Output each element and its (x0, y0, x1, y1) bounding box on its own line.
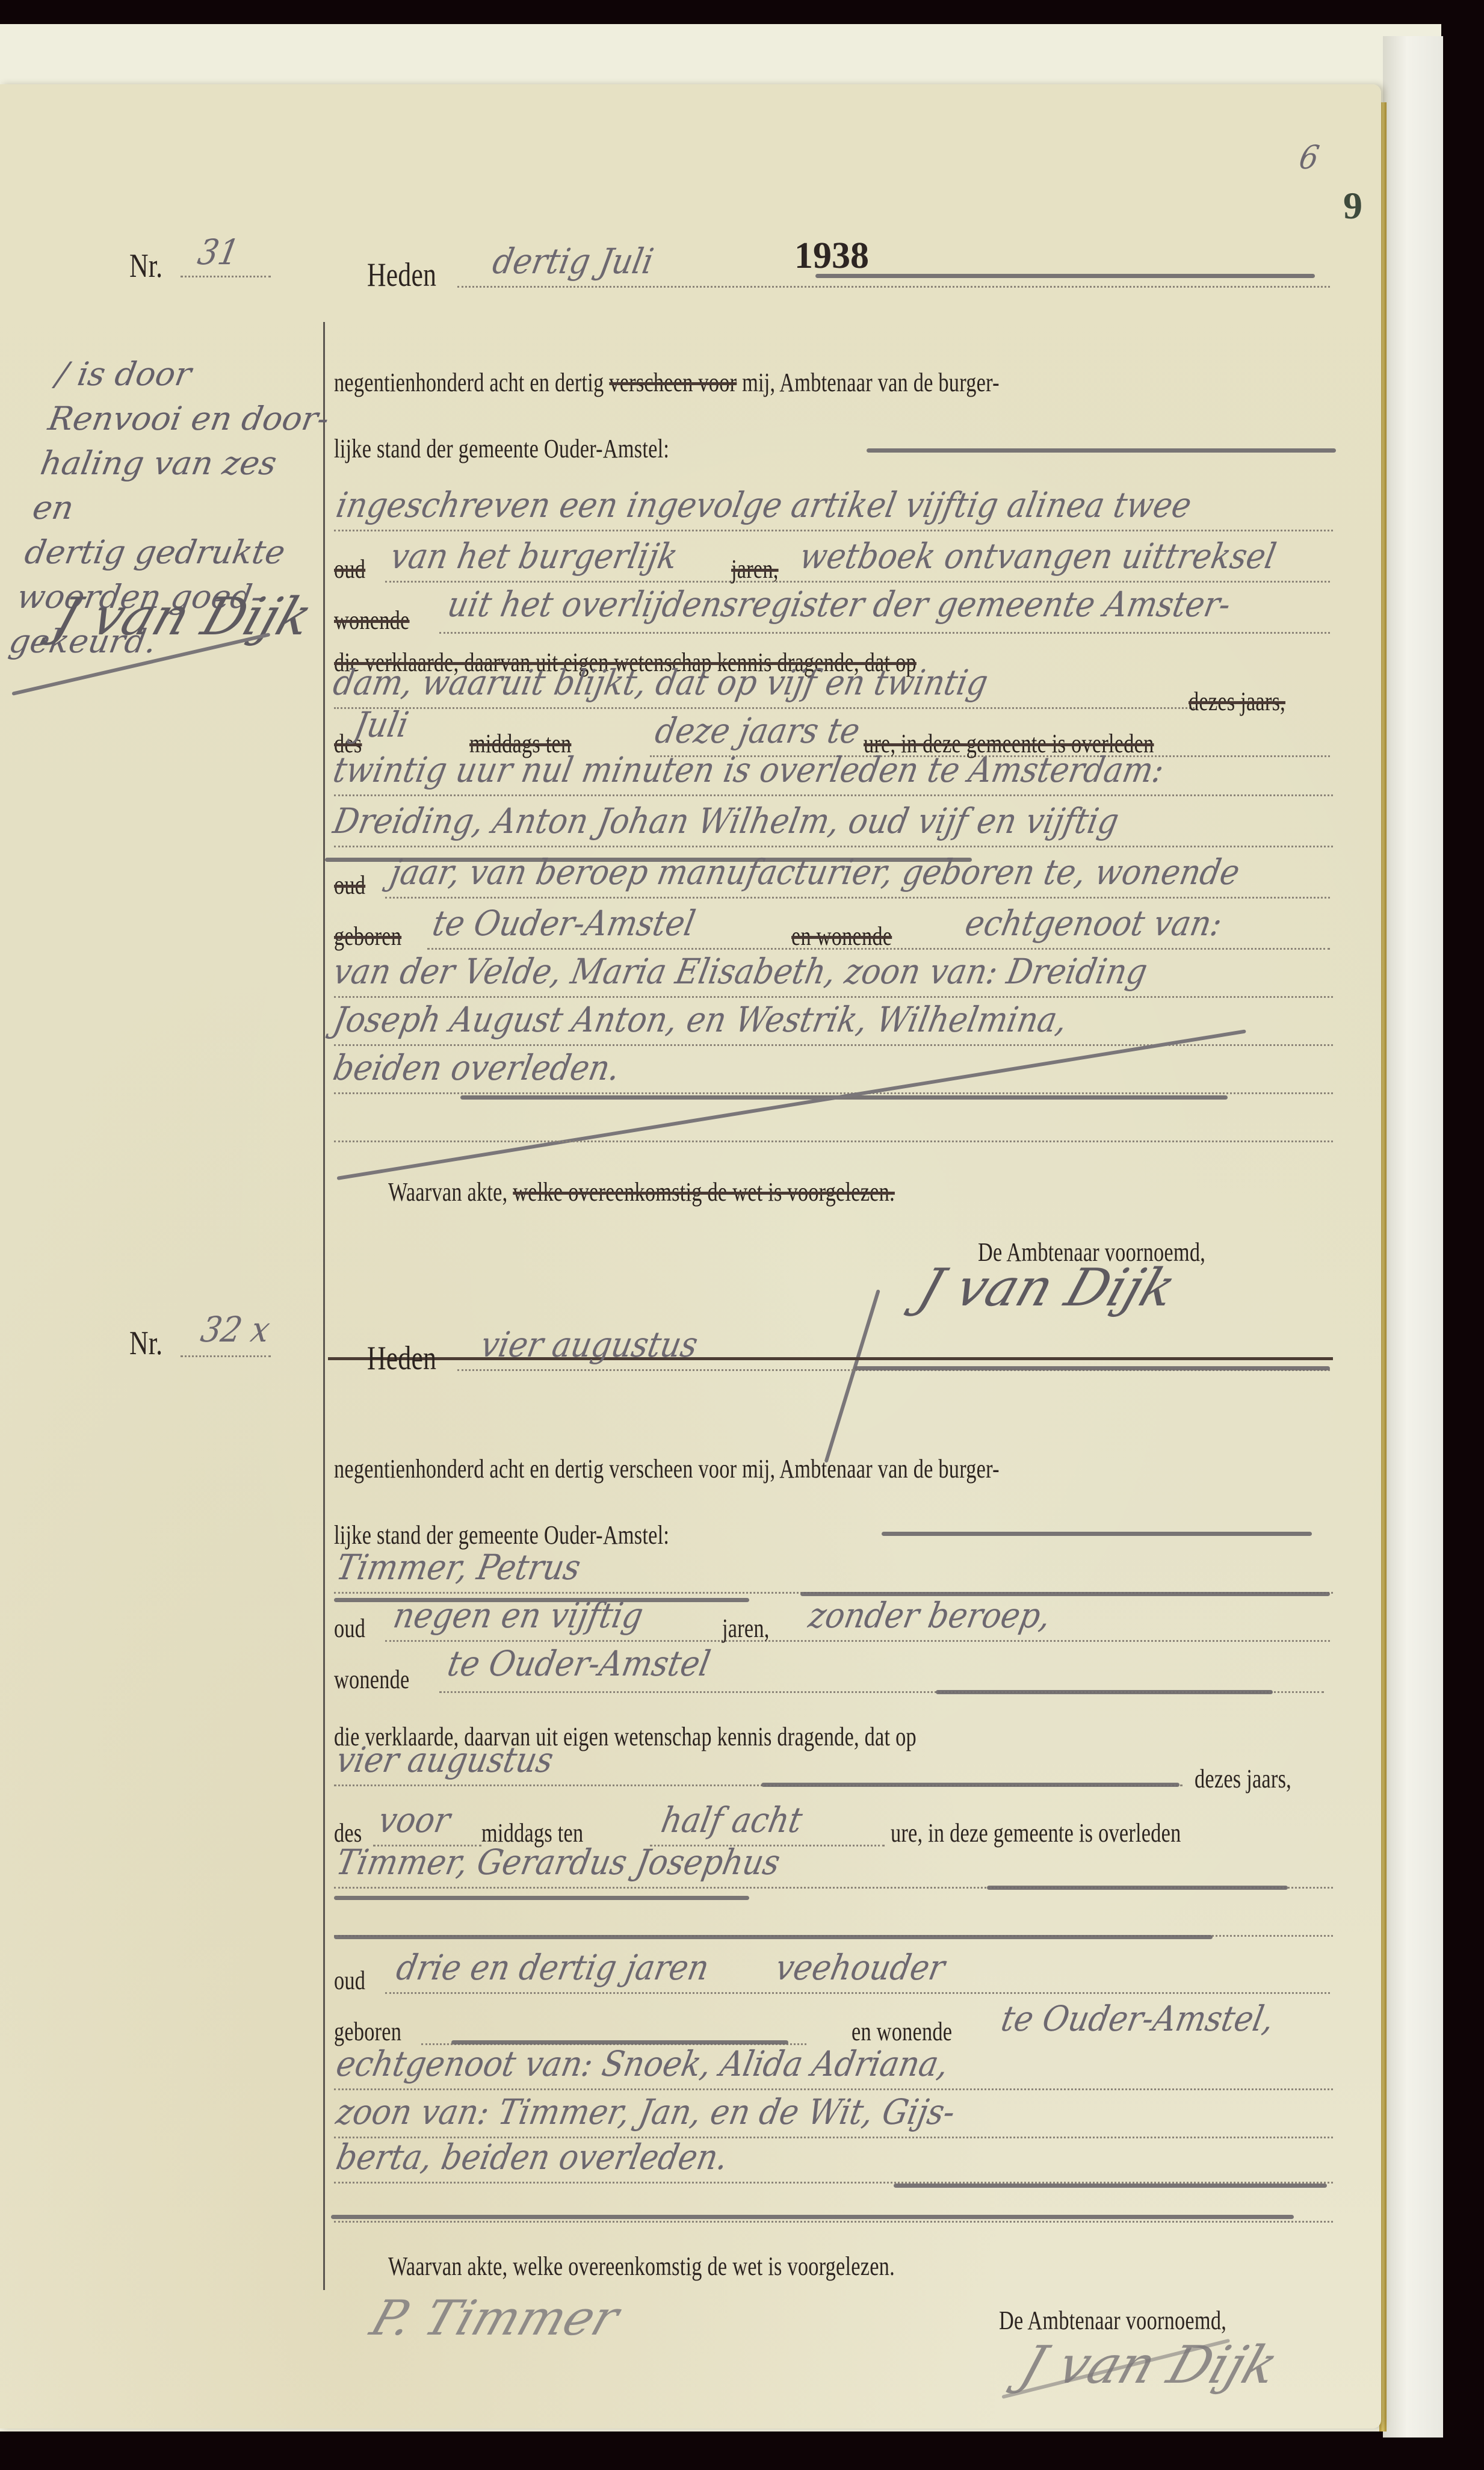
struck-text: welke overeenkomstig de wet is voorgelez… (513, 1177, 895, 1207)
signature-stroke (824, 1289, 880, 1463)
dotted-field (334, 794, 1333, 796)
nr-dotted-field (181, 1355, 271, 1357)
page-number: 9 (1343, 184, 1362, 228)
declarant-residence: te Ouder-Amstel (444, 1643, 713, 1684)
printed-text: Waarvan akte, (388, 1177, 507, 1207)
dotted-field (334, 2221, 1333, 2223)
nr-dotted-field (181, 276, 271, 277)
fill-line (815, 274, 1315, 278)
printed-text: negentienhonderd acht en dertig (334, 1454, 604, 1484)
margin-note-line: dertig gedrukte (21, 530, 312, 575)
entry-32-signature: J van Dijk (1013, 2335, 1285, 2395)
printed-line: negentienhonderd acht en dertig verschee… (334, 1453, 1000, 1484)
underline-deceased-name (334, 1896, 749, 1900)
parents-line: zoon van: Timmer, Jan, en de Wit, Gijs- (333, 2091, 958, 2132)
deceased-residence: te Ouder-Amstel, (998, 1998, 1277, 2039)
date-of-death: vier augustus (333, 1739, 557, 1780)
dotted-field (334, 707, 1198, 709)
declarant-name: Timmer, Petrus (333, 1547, 584, 1588)
struck-label-wonende: wonende (334, 605, 410, 636)
dotted-field (334, 1141, 1333, 1142)
entry-32-number: 32 x (197, 1309, 273, 1350)
fill-line (761, 1783, 1179, 1787)
entry-31-number: 31 (194, 232, 242, 273)
dotted-field (334, 1044, 1333, 1046)
handwritten-line: wetboek ontvangen uittreksel (796, 536, 1279, 577)
entry-31-heden-date: dertig Juli (489, 241, 657, 282)
dotted-field (457, 286, 1330, 288)
fill-line (936, 1690, 1273, 1694)
deceased-age: drie en dertig jaren (393, 1947, 712, 1988)
deceased-name: Timmer, Gerardus Josephus (333, 1842, 783, 1883)
handwritten-line: ingeschreven een ingevolge artikel vijft… (333, 484, 1195, 525)
ambtenaar-label: De Ambtenaar voornoemd, (999, 2305, 1226, 2336)
handwritten-line: echtgenoot van: (962, 903, 1225, 944)
dezes-jaars-label: dezes jaars, (1195, 1763, 1291, 1794)
fill-line (855, 1366, 1330, 1370)
deceased-occupation: veehouder (772, 1947, 948, 1988)
handwritten-line: dam, waaruit blijkt, dat op vijf en twin… (330, 662, 991, 703)
heden-label: Heden (367, 256, 436, 294)
margin-rule (323, 322, 325, 2290)
printed-text: mij, Ambtenaar van de burger- (742, 368, 1000, 397)
parents-line-2: berta, beiden overleden. (333, 2137, 731, 2177)
dotted-field (385, 1992, 1330, 1994)
entry-32-nr-label: Nr. (129, 1324, 162, 1363)
handwritten-line: jaar, van beroep manufacturier, geboren … (387, 852, 1243, 893)
dotted-field (334, 1092, 1333, 1094)
struck-label-oud: oud (334, 554, 365, 584)
oud-label: oud (334, 1965, 365, 1996)
dotted-field (334, 530, 1333, 531)
fill-line (867, 448, 1336, 453)
book-binding-edge (1383, 36, 1443, 2437)
handwritten-line: van der Velde, Maria Elisabeth, zoon van… (330, 951, 1151, 992)
handwritten-line: twintig uur nul minuten is overleden te … (330, 749, 1167, 790)
entry-32-heden-date: vier augustus (477, 1324, 701, 1365)
printed-text: Waarvan akte, (388, 2252, 507, 2281)
handwritten-line: uit het overlijdensregister der gemeente… (444, 584, 1234, 625)
handwritten-line: Joseph August Anton, en Westrik, Wilhelm… (330, 999, 1070, 1040)
ure-line: ure, in deze gemeente is overleden (891, 1818, 1181, 1848)
margin-note-line: Renvooi en door- (45, 397, 336, 441)
daypart: voor (375, 1800, 453, 1840)
handwritten-line: beiden overleden. (330, 1047, 623, 1088)
struck-text: en wonende (791, 921, 892, 951)
entry-31-signature: J van Dijk (911, 1258, 1183, 1318)
declarant-age: negen en vijftig (390, 1595, 646, 1636)
en-wonende-label: en wonende (852, 2016, 952, 2047)
year-heading: 1938 (794, 235, 869, 277)
dotted-field (334, 2088, 1333, 2090)
handwritten-line: van het burgerlijk (387, 536, 681, 577)
wonende-label: wonende (334, 1664, 410, 1695)
dotted-field (334, 996, 1333, 998)
printed-text: mij, Ambtenaar van de burger- (742, 1454, 1000, 1484)
heden-label: Heden (367, 1339, 436, 1378)
struck-dezes-jaars: dezes jaars, (1189, 686, 1285, 717)
fill-line (331, 2215, 1294, 2219)
en-wonende-label: en wonende (791, 921, 892, 952)
printed-line: negentienhonderd acht en dertig verschee… (334, 367, 1000, 398)
margin-note-line: / is door (53, 352, 344, 397)
printed-text: verscheen voor (609, 1454, 737, 1484)
fill-line (334, 1935, 1213, 1939)
handwritten-line: Dreiding, Anton Johan Wilhelm, oud vijf … (330, 800, 1122, 841)
fill-line (987, 1886, 1288, 1890)
margin-signature: J van Dijk (48, 587, 320, 647)
dotted-field (385, 897, 1330, 899)
dotted-field (385, 581, 1330, 583)
dotted-field (385, 1640, 1330, 1642)
dotted-field (439, 632, 1330, 634)
declarant-occupation: zonder beroep, (805, 1595, 1054, 1636)
oud-label: oud (334, 1613, 365, 1644)
fill-line (894, 2184, 1327, 2188)
struck-label-geboren: geboren (334, 921, 401, 952)
declarant-signature: P. Timmer (364, 2290, 626, 2346)
waarvan-akte-line: Waarvan akte, welke overeenkomstig de we… (388, 1177, 895, 1207)
corner-mark: 6 (1296, 138, 1322, 176)
margin-note-line: haling van zes en (29, 441, 327, 530)
printed-text: negentienhonderd acht en dertig (334, 368, 604, 397)
handwritten-line: te Ouder-Amstel (429, 903, 698, 944)
jaren-label: jaren, (722, 1613, 770, 1644)
entry-31-nr-label: Nr. (129, 247, 162, 285)
dotted-field (334, 846, 1333, 847)
printed-line: lijke stand der gemeente Ouder-Amstel: (334, 433, 669, 464)
geboren-label: geboren (334, 2016, 401, 2047)
handwritten-word: deze jaars te (652, 710, 863, 751)
fill-line (882, 1532, 1312, 1536)
struck-label-jaren: jaren, (731, 554, 779, 584)
waarvan-akte-line: Waarvan akte, welke overeenkomstig de we… (388, 2251, 895, 2282)
printed-line: lijke stand der gemeente Ouder-Amstel: (334, 1520, 669, 1550)
struck-label-oud: oud (334, 870, 365, 900)
register-page: 1938 9 6 Nr. 31 / is door Renvooi en doo… (0, 84, 1381, 2428)
time-of-death: half acht (658, 1800, 805, 1840)
spouse-line: echtgenoot van: Snoek, Alida Adriana, (333, 2043, 951, 2084)
printed-text: welke overeenkomstig de wet is voorgelez… (513, 2252, 895, 2281)
handwritten-word: Juli (351, 704, 412, 745)
struck-text: verscheen voor (609, 368, 737, 397)
